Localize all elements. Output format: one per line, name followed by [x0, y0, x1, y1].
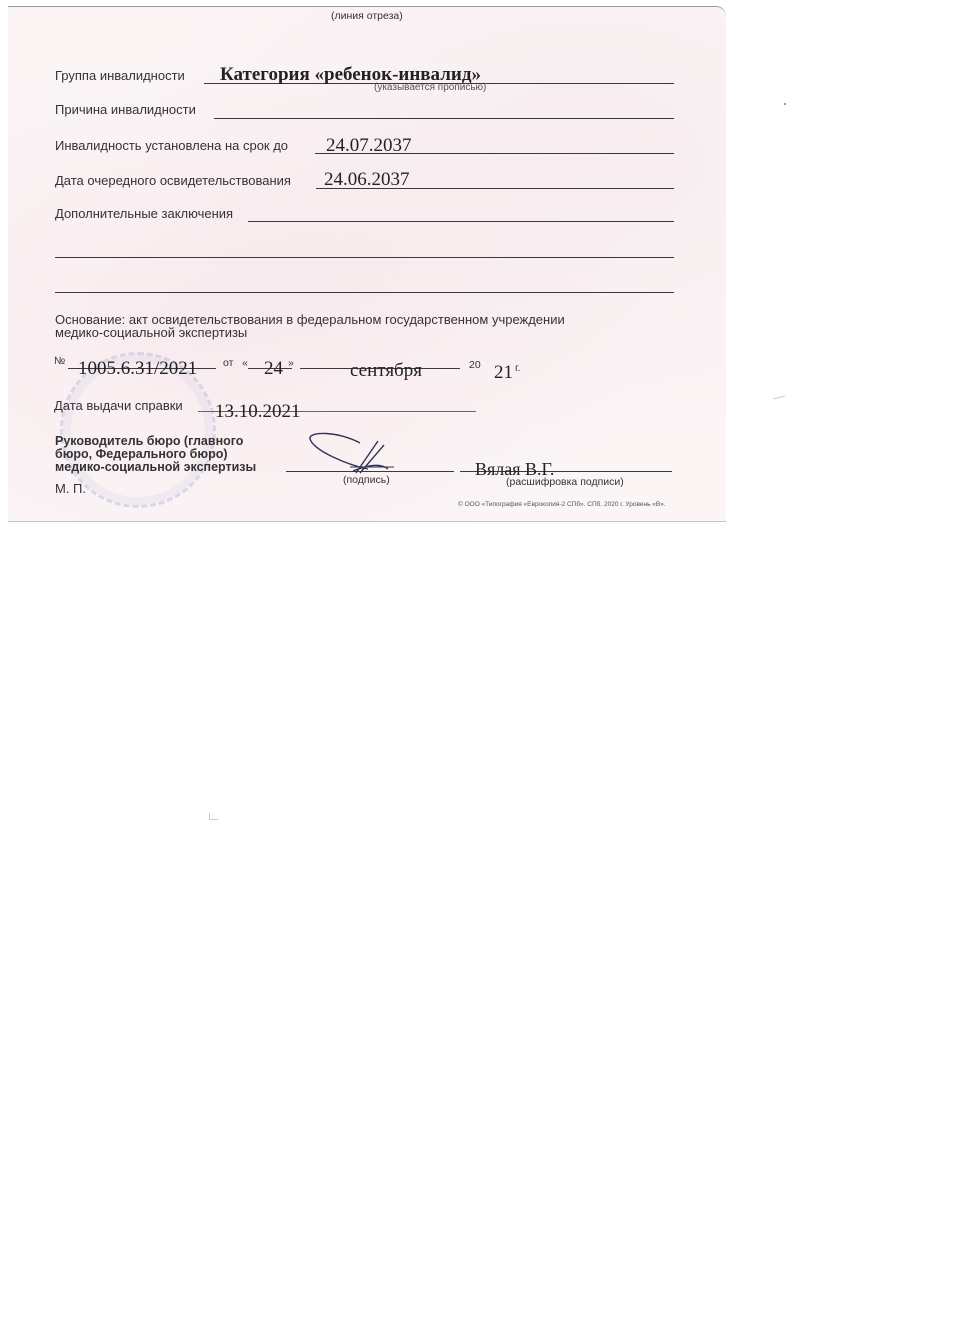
- signatory-title-line2: бюро, Федерального бюро): [55, 447, 228, 461]
- basis-text-line2: медико-социальной экспертизы: [55, 325, 247, 340]
- next-examination-value: 24.06.2037: [324, 169, 410, 191]
- disability-reason-label: Причина инвалидности: [55, 102, 196, 117]
- certificate-sheet: (линия отреза) Группа инвалидности Катег…: [8, 6, 726, 522]
- additional-conclusions-line-3: [55, 292, 674, 293]
- additional-conclusions-underline: [248, 221, 674, 222]
- seal-label: М. П.: [55, 481, 86, 496]
- number-prefix: №: [54, 355, 65, 367]
- scan-mark: [209, 813, 218, 820]
- next-examination-label: Дата очередного освидетельствования: [55, 173, 291, 188]
- day-value: 24: [264, 358, 283, 380]
- disability-group-hint: (указывается прописью): [374, 82, 486, 93]
- name-caption: (расшифровка подписи): [506, 476, 624, 488]
- established-until-value: 24.07.2037: [326, 135, 412, 157]
- scan-speck: [784, 103, 786, 105]
- additional-conclusions-line-2: [55, 257, 674, 258]
- open-quote: «: [242, 357, 248, 369]
- year-value: 21: [494, 362, 513, 384]
- established-until-label: Инвалидность установлена на срок до: [55, 138, 288, 153]
- cut-line-label: (линия отреза): [331, 10, 403, 22]
- signatory-title-line1: Руководитель бюро (главного: [55, 434, 243, 448]
- issue-date-label: Дата выдачи справки: [54, 398, 183, 413]
- printer-imprint: © ООО «Типография «Еврокопия-2 СПб». СПб…: [458, 501, 666, 508]
- century-prefix: 20: [469, 359, 481, 371]
- disability-reason-underline: [214, 118, 674, 119]
- handwritten-signature-icon: [298, 429, 408, 479]
- signatory-title-line3: медико-социальной экспертизы: [55, 460, 256, 474]
- disability-group-label: Группа инвалидности: [55, 68, 185, 83]
- month-value: сентября: [350, 360, 422, 382]
- from-label: от: [223, 357, 233, 369]
- act-number-value: 1005.6.31/2021: [78, 358, 197, 380]
- signature-caption: (подпись): [343, 474, 390, 486]
- scan-mark: [773, 395, 785, 399]
- year-suffix: г.: [515, 362, 520, 374]
- issue-date-value: 13.10.2021: [215, 401, 301, 423]
- close-quote: »: [288, 357, 294, 369]
- additional-conclusions-label: Дополнительные заключения: [55, 206, 233, 221]
